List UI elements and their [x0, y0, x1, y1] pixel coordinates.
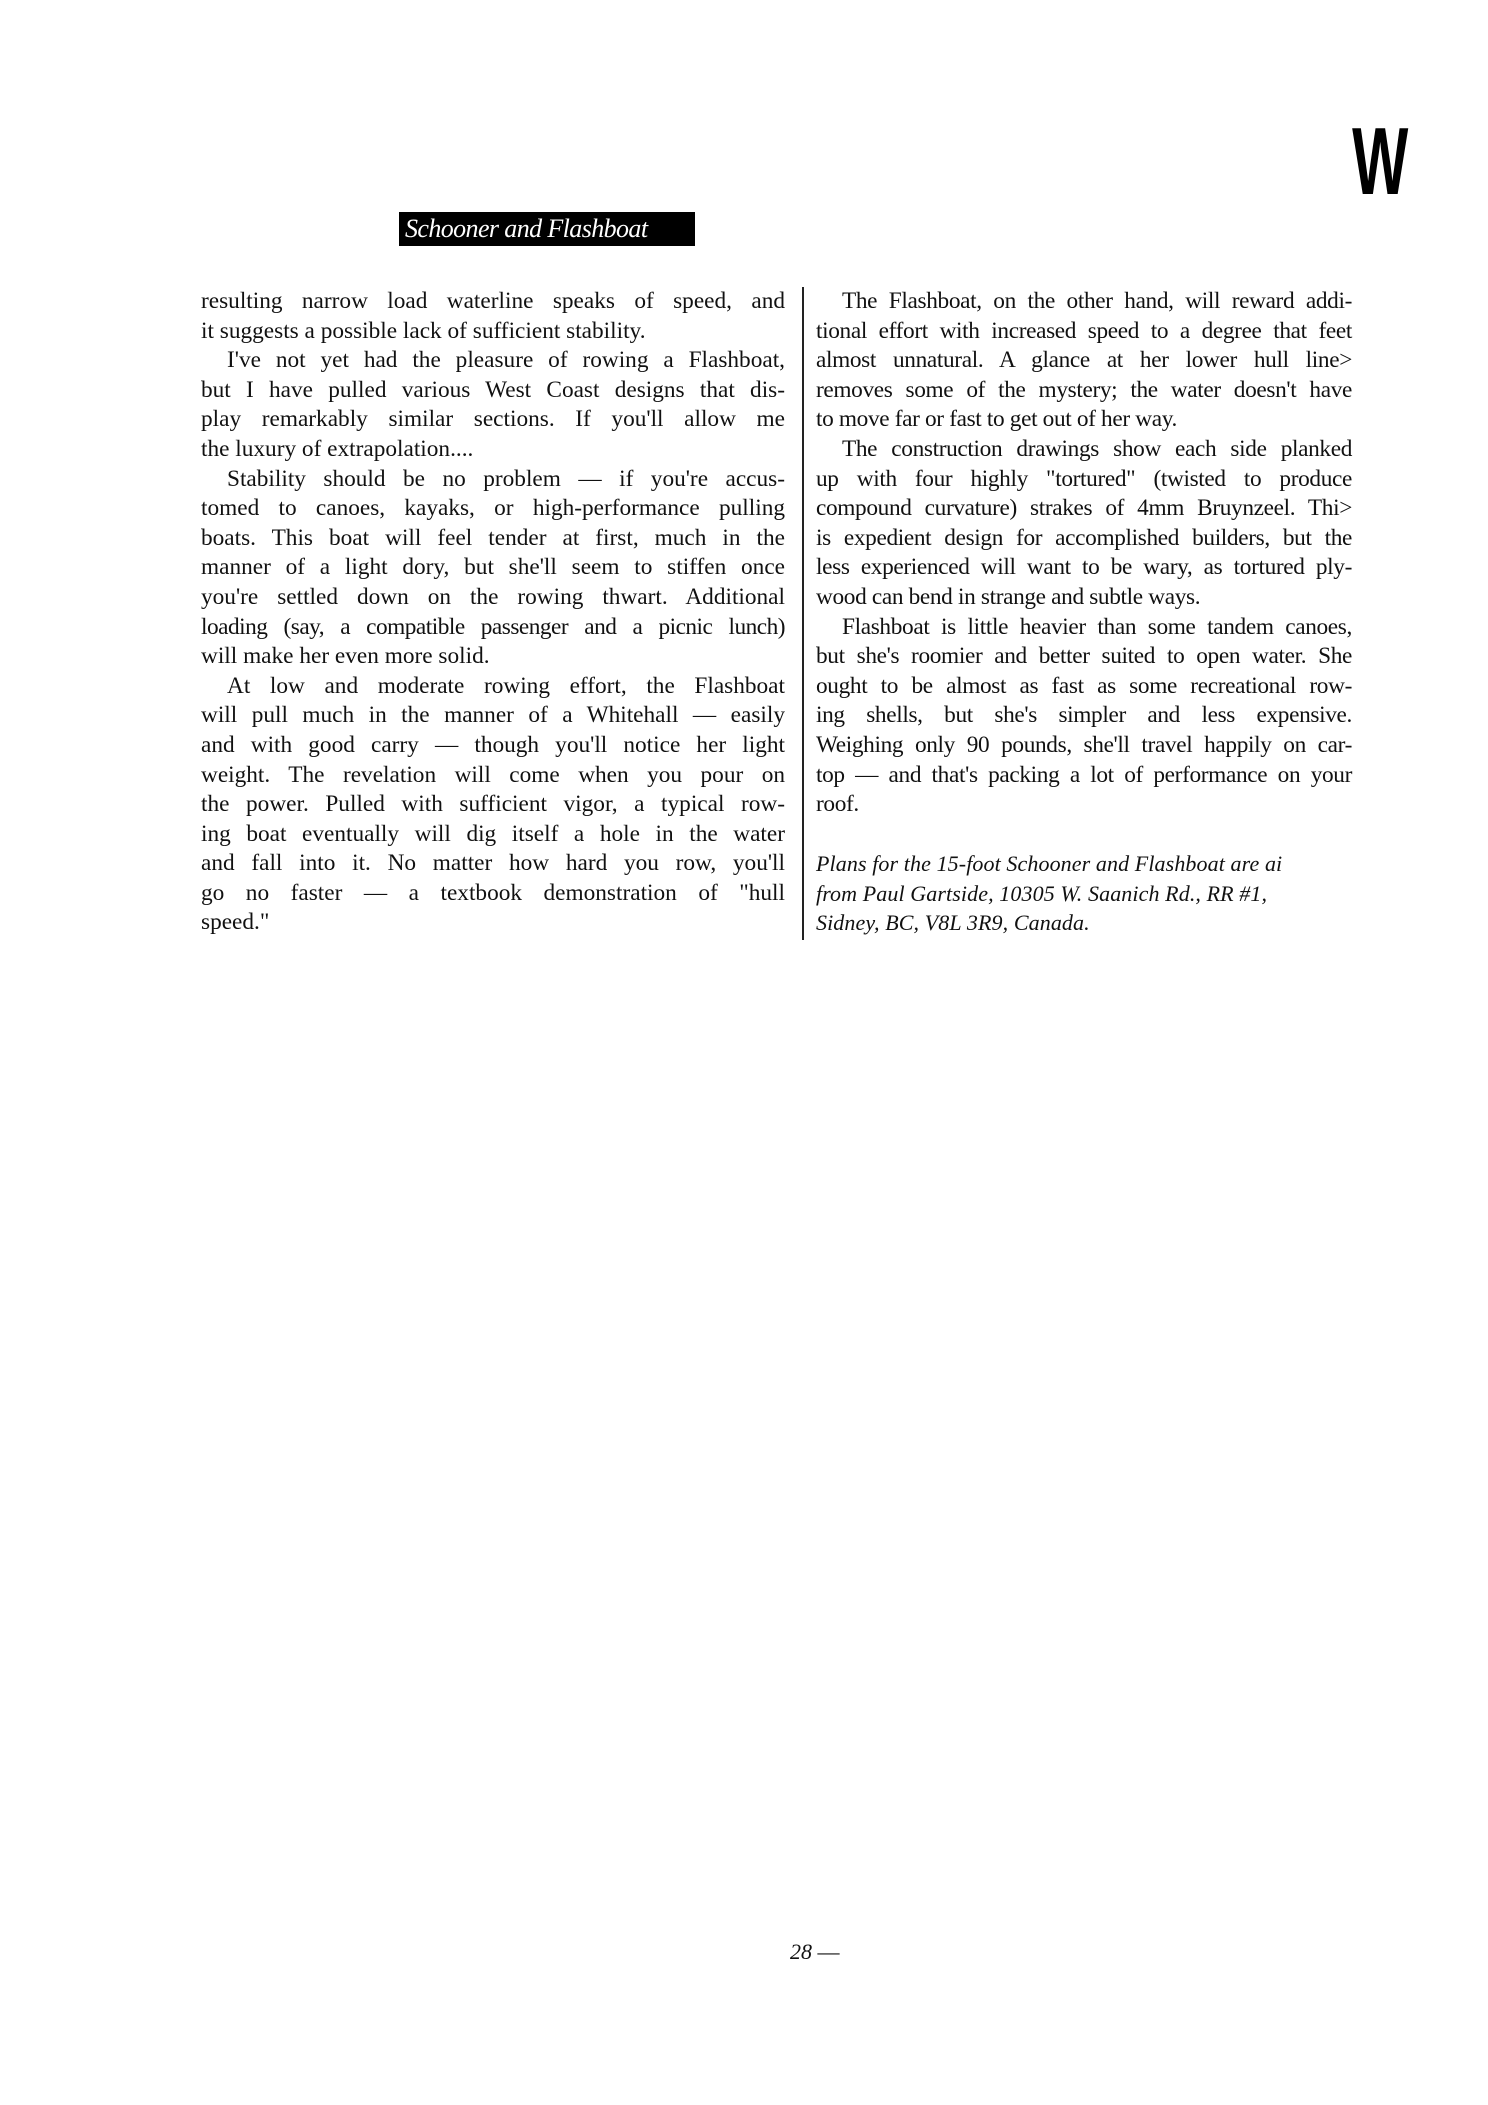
text-line: play remarkably similar sections. If you…	[201, 405, 785, 435]
text-line: and with good carry — though you'll noti…	[201, 731, 785, 761]
text-line: Weighing only 90 pounds, she'll travel h…	[816, 731, 1352, 761]
text-line: go no faster — a textbook demonstration …	[201, 879, 785, 909]
section-letter-marker: W	[1352, 112, 1392, 212]
text-line: manner of a light dory, but she'll seem …	[201, 553, 785, 583]
text-line: tional effort with increased speed to a …	[816, 317, 1352, 347]
text-line: but she's roomier and better suited to o…	[816, 642, 1352, 672]
text-line: Stability should be no problem — if you'…	[201, 465, 785, 495]
text-line: speed."	[201, 908, 785, 938]
page-number: 28	[790, 1939, 812, 1964]
text-line: resulting narrow load waterline speaks o…	[201, 287, 785, 317]
text-line: I've not yet had the pleasure of rowing …	[201, 346, 785, 376]
text-line: is expedient design for accomplished bui…	[816, 524, 1352, 554]
text-line: up with four highly "tortured" (twisted …	[816, 465, 1352, 495]
article-header-title: Schooner and Flashboat	[399, 212, 695, 246]
text-line: loading (say, a compatible passenger and…	[201, 613, 785, 643]
text-line: will pull much in the manner of a Whiteh…	[201, 701, 785, 731]
text-line: ing shells, but she's simpler and less e…	[816, 701, 1352, 731]
text-line: The Flashboat, on the other hand, will r…	[816, 287, 1352, 317]
right-text-column: The Flashboat, on the other hand, will r…	[816, 287, 1352, 820]
credit-line: Sidney, BC, V8L 3R9, Canada.	[816, 908, 1352, 938]
left-text-column: resulting narrow load waterline speaks o…	[201, 287, 785, 938]
text-line: top — and that's packing a lot of perfor…	[816, 761, 1352, 791]
text-line: almost unnatural. A glance at her lower …	[816, 346, 1352, 376]
credit-line: from Paul Gartside, 10305 W. Saanich Rd.…	[816, 879, 1352, 909]
text-line: ing boat eventually will dig itself a ho…	[201, 820, 785, 850]
text-line: At low and moderate rowing effort, the F…	[201, 672, 785, 702]
text-line: The construction drawings show each side…	[816, 435, 1352, 465]
text-line: compound curvature) strakes of 4mm Bruyn…	[816, 494, 1352, 524]
page-footer: 28 —	[790, 1939, 840, 1965]
text-line: it suggests a possible lack of sufficien…	[201, 317, 785, 347]
text-line: less experienced will want to be wary, a…	[816, 553, 1352, 583]
text-line: and fall into it. No matter how hard you…	[201, 849, 785, 879]
text-line: to move far or fast to get out of her wa…	[816, 405, 1352, 435]
text-line: weight. The revelation will come when yo…	[201, 761, 785, 791]
plans-credit-note: Plans for the 15-foot Schooner and Flash…	[816, 849, 1352, 938]
credit-line: Plans for the 15-foot Schooner and Flash…	[816, 849, 1352, 879]
text-line: will make her even more solid.	[201, 642, 785, 672]
column-divider	[802, 287, 804, 940]
text-line: the luxury of extrapolation....	[201, 435, 785, 465]
text-line: boats. This boat will feel tender at fir…	[201, 524, 785, 554]
text-line: ought to be almost as fast as some recre…	[816, 672, 1352, 702]
page-number-dash: —	[818, 1939, 840, 1964]
text-line: the power. Pulled with sufficient vigor,…	[201, 790, 785, 820]
text-line: removes some of the mystery; the water d…	[816, 376, 1352, 406]
text-line: but I have pulled various West Coast des…	[201, 376, 785, 406]
text-line: wood can bend in strange and subtle ways…	[816, 583, 1352, 613]
text-line: you're settled down on the rowing thwart…	[201, 583, 785, 613]
text-line: roof.	[816, 790, 1352, 820]
text-line: tomed to canoes, kayaks, or high-perform…	[201, 494, 785, 524]
text-line: Flashboat is little heavier than some ta…	[816, 613, 1352, 643]
